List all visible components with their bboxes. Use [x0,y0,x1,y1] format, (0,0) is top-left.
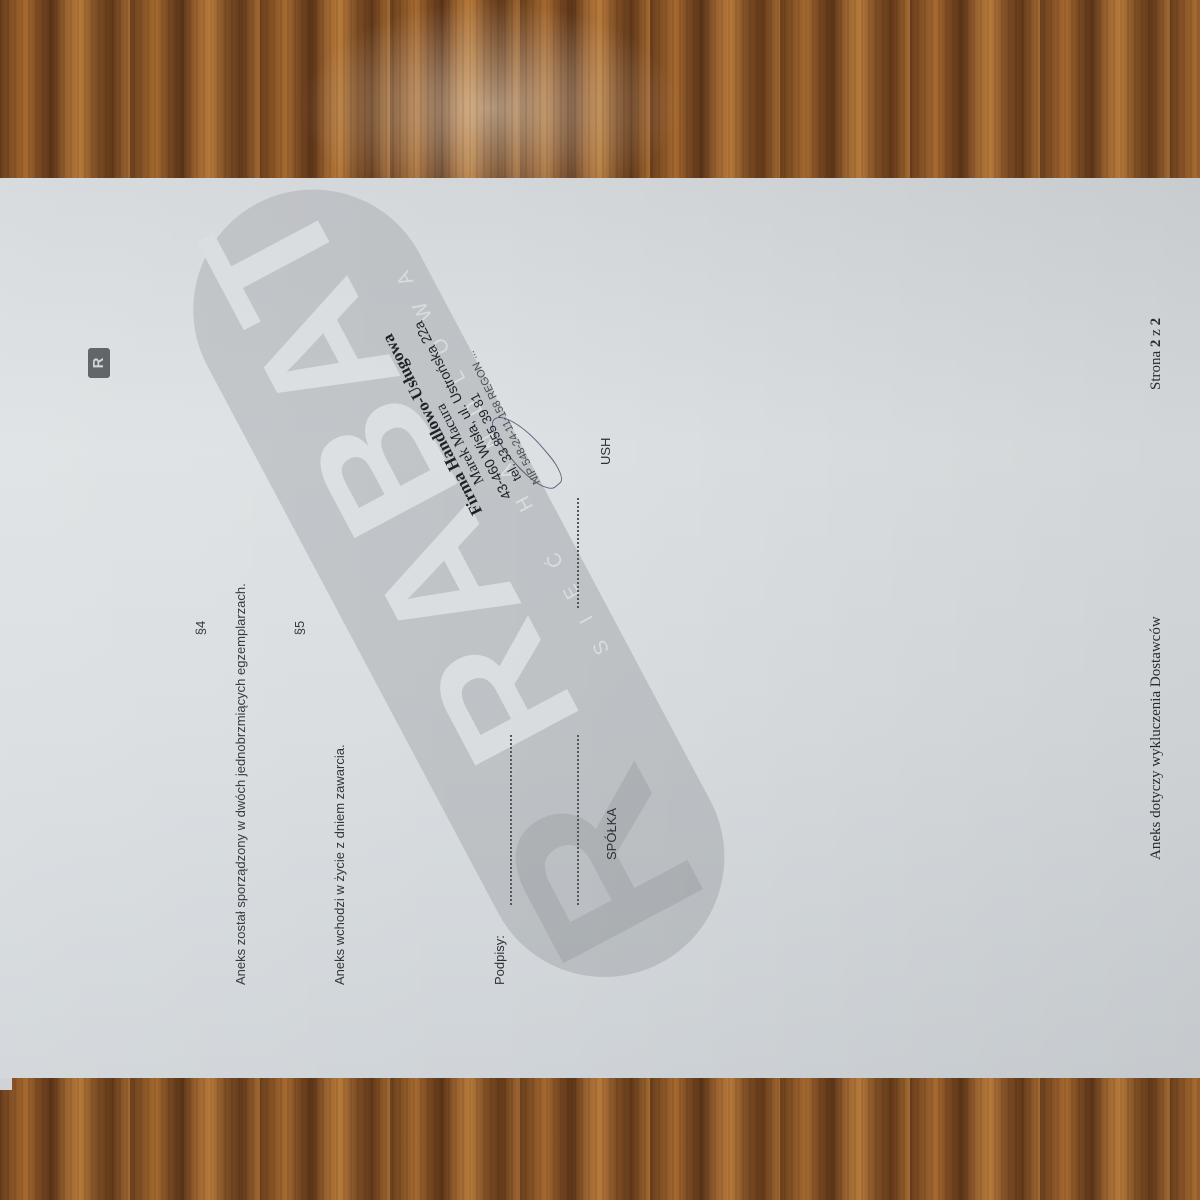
rabat-logo-icon: R [88,348,110,378]
party-ush: USH [598,438,613,465]
signature-line-2-right [577,498,579,608]
section-4-text: Aneks został sporządzony w dwóch jednobr… [233,583,248,985]
section-5-mark: §5 [292,178,307,1078]
signature-line-2-left [577,735,579,905]
footer-title: Aneks dotyczy wykluczenia Dostawców [1148,616,1165,860]
signatures-label: Podpisy: [492,935,507,985]
page-current: 2 [1148,340,1164,348]
page-number: Strona 2 z 2 [1148,318,1165,390]
section-4-mark: §4 [193,178,208,1078]
page-prefix: Strona [1148,351,1164,390]
section-5-text: Aneks wchodzi w życie z dniem zawarcia. [332,744,347,985]
page-total: 2 [1148,318,1164,326]
document-page: R RABAT SIEĆ HANDLOWA R §4 Aneks został … [0,178,1200,1078]
document-photo: R RABAT SIEĆ HANDLOWA R §4 Aneks został … [0,178,1200,1078]
signature-line-1-left [510,735,512,905]
party-spolka: SPÓŁKA [604,808,619,860]
page-sep: z [1148,329,1164,336]
